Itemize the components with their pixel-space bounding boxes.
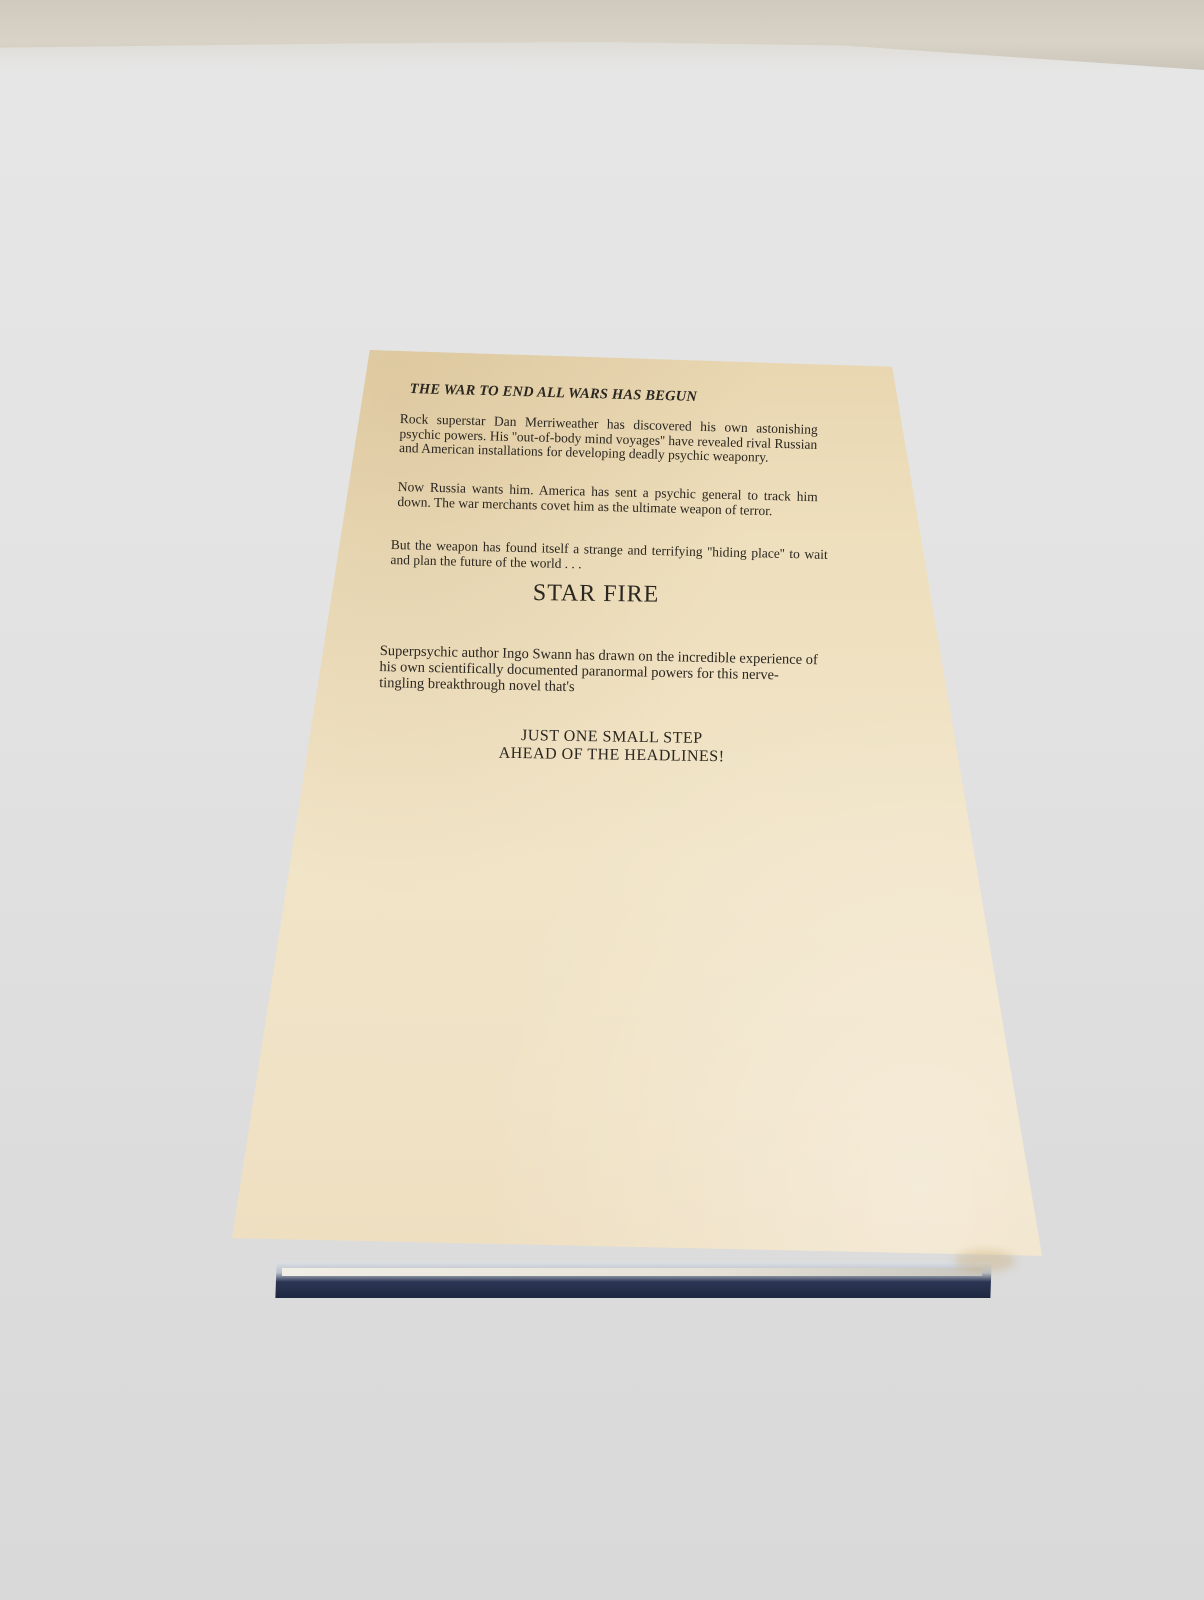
book-page-edges	[282, 1268, 982, 1276]
book-title: STAR FIRE	[533, 580, 660, 609]
jacket-stain	[955, 1250, 1015, 1272]
background-wall	[0, 0, 1204, 70]
closing-slogan: JUST ONE SMALL STEP AHEAD OF THE HEADLIN…	[451, 726, 772, 767]
author-blurb: Superpsychic author Ingo Swann has drawn…	[379, 643, 820, 700]
